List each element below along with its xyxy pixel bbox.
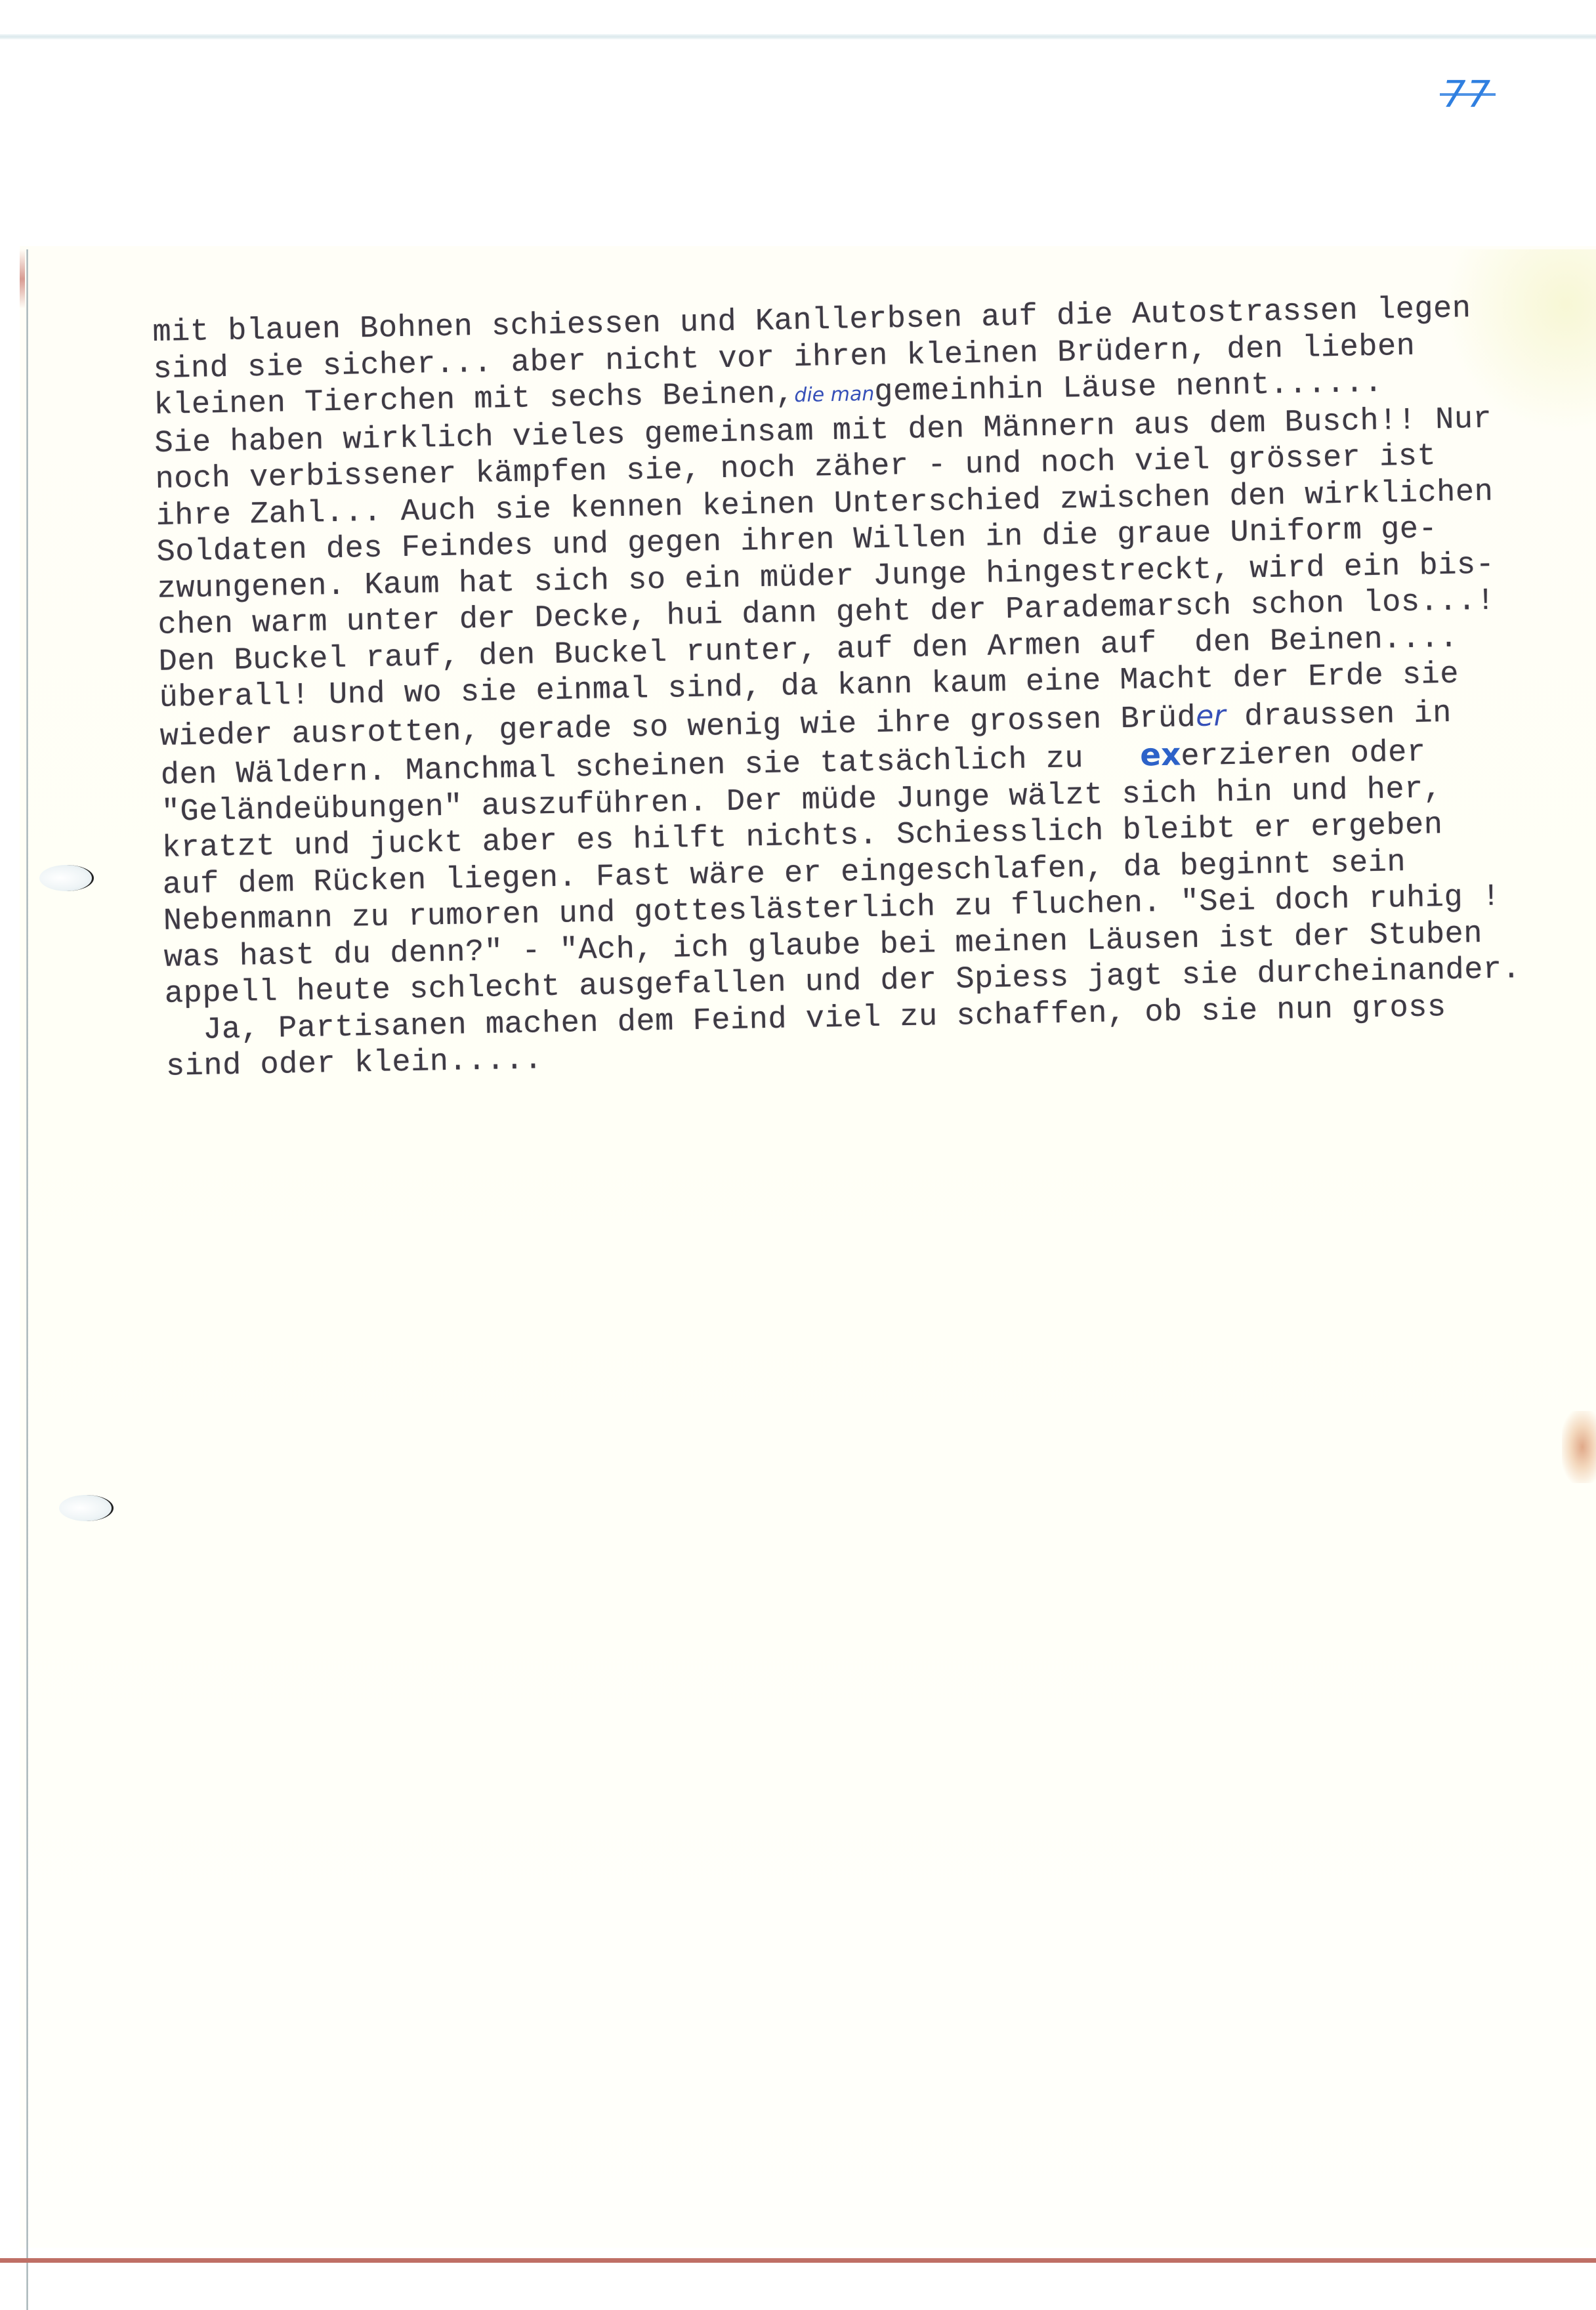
text-segment: draussen in	[1225, 696, 1452, 734]
rust-stain-right	[1562, 1411, 1596, 1483]
punch-hole-lower	[59, 1495, 114, 1521]
punch-hole-upper	[39, 865, 94, 891]
typed-text-body: mit blauen Bohnen schiessen und Kanllerb…	[152, 289, 1584, 1085]
text-segment: gemeinhin Läuse nennt......	[874, 366, 1383, 410]
scan-top-edge	[0, 34, 1596, 39]
text-segment: erzieren oder	[1181, 736, 1426, 775]
handwritten-insertion: er	[1196, 699, 1226, 733]
rust-stain-left	[20, 249, 25, 308]
handwritten-correction: ex	[1140, 736, 1181, 773]
red-bottom-rule	[0, 2258, 1596, 2263]
paper-left-edge	[26, 249, 28, 2310]
handwritten-insertion: die man	[794, 383, 875, 407]
handwritten-page-number: 77	[1442, 73, 1492, 116]
scanned-page: 77 mit blauen Bohnen schiessen und Kanll…	[0, 0, 1596, 2310]
